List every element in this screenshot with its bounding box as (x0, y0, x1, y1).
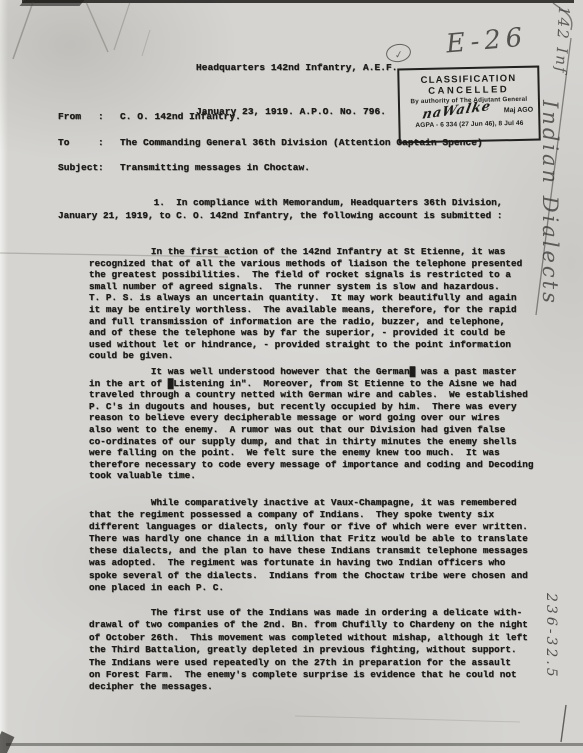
stamp-signature-row: naWalke Maj AGO (400, 104, 538, 122)
subject-colon: : (98, 162, 120, 173)
to-label: To (58, 137, 98, 148)
paragraph-compliance: 1. In compliance with Memorandum, Headqu… (58, 197, 502, 222)
margin-file-number: 236-32.5 (543, 593, 559, 743)
from-value: C. O. 142nd Infantry. (120, 111, 241, 122)
from-row: From : C. O. 142nd Infantry. (58, 111, 241, 122)
paragraph-german-listening: It was well understood however that the … (89, 366, 533, 482)
to-colon: : (98, 137, 120, 148)
letterhead: Headquarters 142nd Infantry, A.E.F. Janu… (196, 32, 398, 148)
scan-edge-bottom (6, 743, 583, 746)
subject-label: Subject (58, 162, 98, 173)
letterhead-unit-line: Headquarters 142nd Infantry, A.E.F. (196, 61, 398, 76)
to-row: To : The Commanding General 36th Divisio… (58, 137, 483, 148)
margin-note-subject: Indian Dialects (538, 100, 562, 430)
subject-row: Subject : Transmitting messages in Choct… (58, 162, 310, 173)
from-label: From (58, 111, 98, 122)
classification-cancelled-stamp: CLASSIFICATION CANCELLED By authority of… (397, 66, 541, 144)
check-icon: ✓ (394, 49, 404, 61)
paragraph-indian-company: While comparatively inactive at Vaux-Cha… (89, 497, 528, 594)
subject-value: Transmitting messages in Choctaw. (120, 162, 310, 173)
scan-edge-top (22, 0, 574, 3)
scanned-letter-page: Headquarters 142nd Infantry, A.E.F. Janu… (0, 0, 583, 753)
stamp-signer-rank: Maj AGO (504, 107, 533, 115)
paragraph-liaison-methods: In the first action of the 142nd Infantr… (89, 246, 522, 362)
from-colon: : (98, 111, 120, 122)
paragraph-first-use: The first use of the Indians was made in… (89, 607, 528, 694)
scan-edge-top-corner (19, 0, 84, 6)
to-value: The Commanding General 36th Division (At… (120, 137, 483, 148)
pencil-file-mark: E-26 (445, 23, 529, 60)
